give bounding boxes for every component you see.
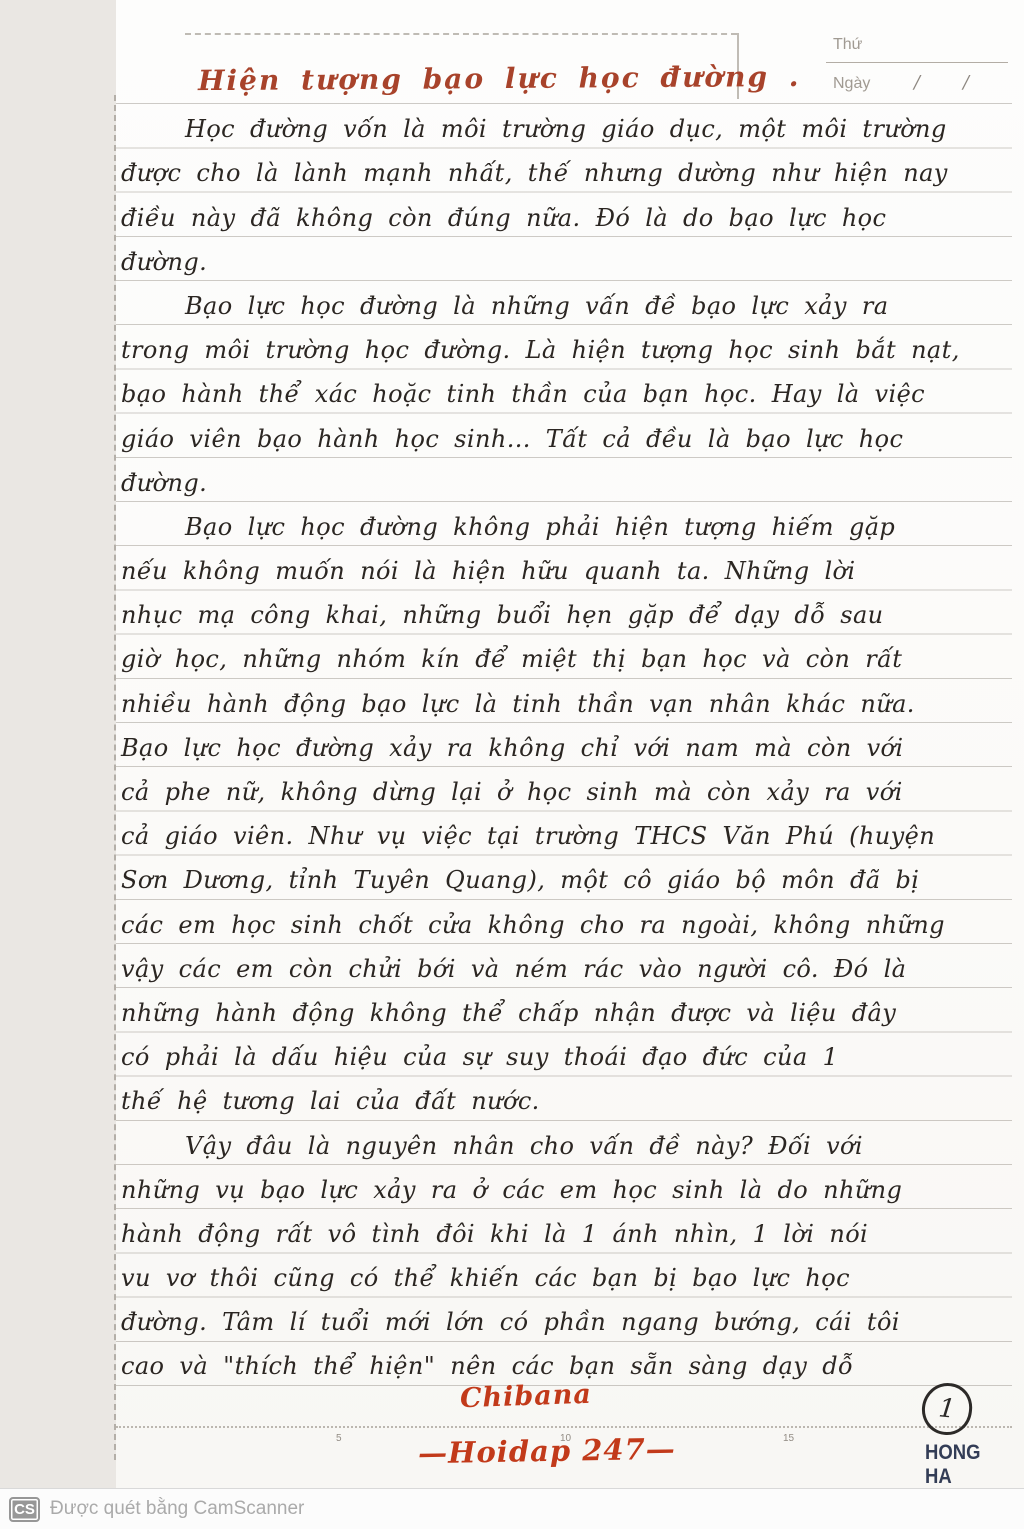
essay-line: những vụ bạo lực xảy ra ở các em học sin…	[121, 1166, 1013, 1210]
page-left-margin	[0, 0, 116, 1488]
title-box-top-line	[185, 33, 737, 35]
essay-line: đường.	[121, 459, 1013, 503]
essay-line: Học đường vốn là môi trường giáo dục, mộ…	[121, 105, 1013, 149]
date-slash-icon: /	[914, 72, 920, 93]
essay-line: giáo viên bạo hành học sinh... Tất cả đề…	[121, 414, 1013, 458]
essay-line: hành động rất vô tình đôi khi là 1 ánh n…	[121, 1210, 1013, 1254]
essay-line: nếu không muốn nói là hiện hữu quanh ta.…	[121, 547, 1013, 591]
watermark-site: —Hoidap 247—	[418, 1432, 676, 1470]
essay-line: giờ học, những nhóm kín để miệt thị bạn …	[121, 635, 1013, 679]
essay-line: những hành động không thể chấp nhận được…	[121, 989, 1013, 1033]
date-slash-icon: /	[963, 72, 969, 93]
essay-line: có phải là dấu hiệu của sự suy thoái đạo…	[121, 1033, 1013, 1077]
essay-line: Bạo lực học đường là những vấn đề bạo lự…	[121, 282, 1013, 326]
essay-line: cả phe nữ, không dừng lại ở học sinh mà …	[121, 768, 1013, 812]
essay-line: cả giáo viên. Như vụ việc tại trường THC…	[121, 812, 1013, 856]
essay-line: thế hệ tương lai của đất nước.	[121, 1077, 1013, 1121]
essay-line: Bạo lực học đường xảy ra không chỉ với n…	[121, 724, 1013, 768]
notebook-brand: HONG HA	[925, 1441, 1012, 1489]
essay-line: vu vơ thôi cũng có thể khiến các bạn bị …	[121, 1254, 1013, 1298]
essay-line: nhục mạ công khai, những buổi hẹn gặp để…	[121, 591, 1013, 635]
date-label: Ngày	[833, 75, 870, 93]
essay-line: Vậy đâu là nguyên nhân cho vấn đề này? Đ…	[121, 1121, 1013, 1165]
essay-line: được cho là lành mạnh nhất, thế nhưng dư…	[121, 149, 1013, 193]
watermark-name: Chibana	[459, 1379, 592, 1415]
essay-line: điều này đã không còn đúng nữa. Đó là do…	[121, 193, 1013, 237]
essay-line: đường. Tâm lí tuổi mới lớn có phần ngang…	[121, 1298, 1013, 1342]
essay-line: trong môi trường học đường. Là hiện tượn…	[121, 326, 1013, 370]
page-left-edge-line	[114, 95, 116, 1460]
essay-line: Sơn Dương, tỉnh Tuyên Quang), một cô giá…	[121, 856, 1013, 900]
essay-line: đường.	[121, 238, 1013, 282]
essay-line: các em học sinh chốt cửa không cho ra ng…	[121, 900, 1013, 944]
essay-line: vậy các em còn chửi bới và ném rác vào n…	[121, 945, 1013, 989]
camscanner-icon: CS	[9, 1497, 40, 1522]
essay-line: nhiều hành động bạo lực là tinh thần vạn…	[121, 679, 1013, 723]
bottom-ruler-line	[116, 1426, 1012, 1428]
camscanner-bar: CS Được quét bằng CamScanner	[0, 1488, 1024, 1529]
essay-line: Bạo lực học đường không phải hiện tượng …	[121, 503, 1013, 547]
ruler-mark: 15	[783, 1433, 794, 1444]
camscanner-text: Được quét bằng CamScanner	[50, 1498, 304, 1520]
weekday-underline	[826, 62, 1008, 63]
ruler-mark: 5	[336, 1433, 342, 1444]
essay-title: Hiện tượng bạo lực học đường .	[198, 60, 818, 97]
weekday-label: Thứ	[833, 36, 862, 54]
essay-body: Học đường vốn là môi trường giáo dục, mộ…	[121, 105, 1013, 1386]
essay-line: bạo hành thể xác hoặc tinh thần của bạn …	[121, 370, 1013, 414]
